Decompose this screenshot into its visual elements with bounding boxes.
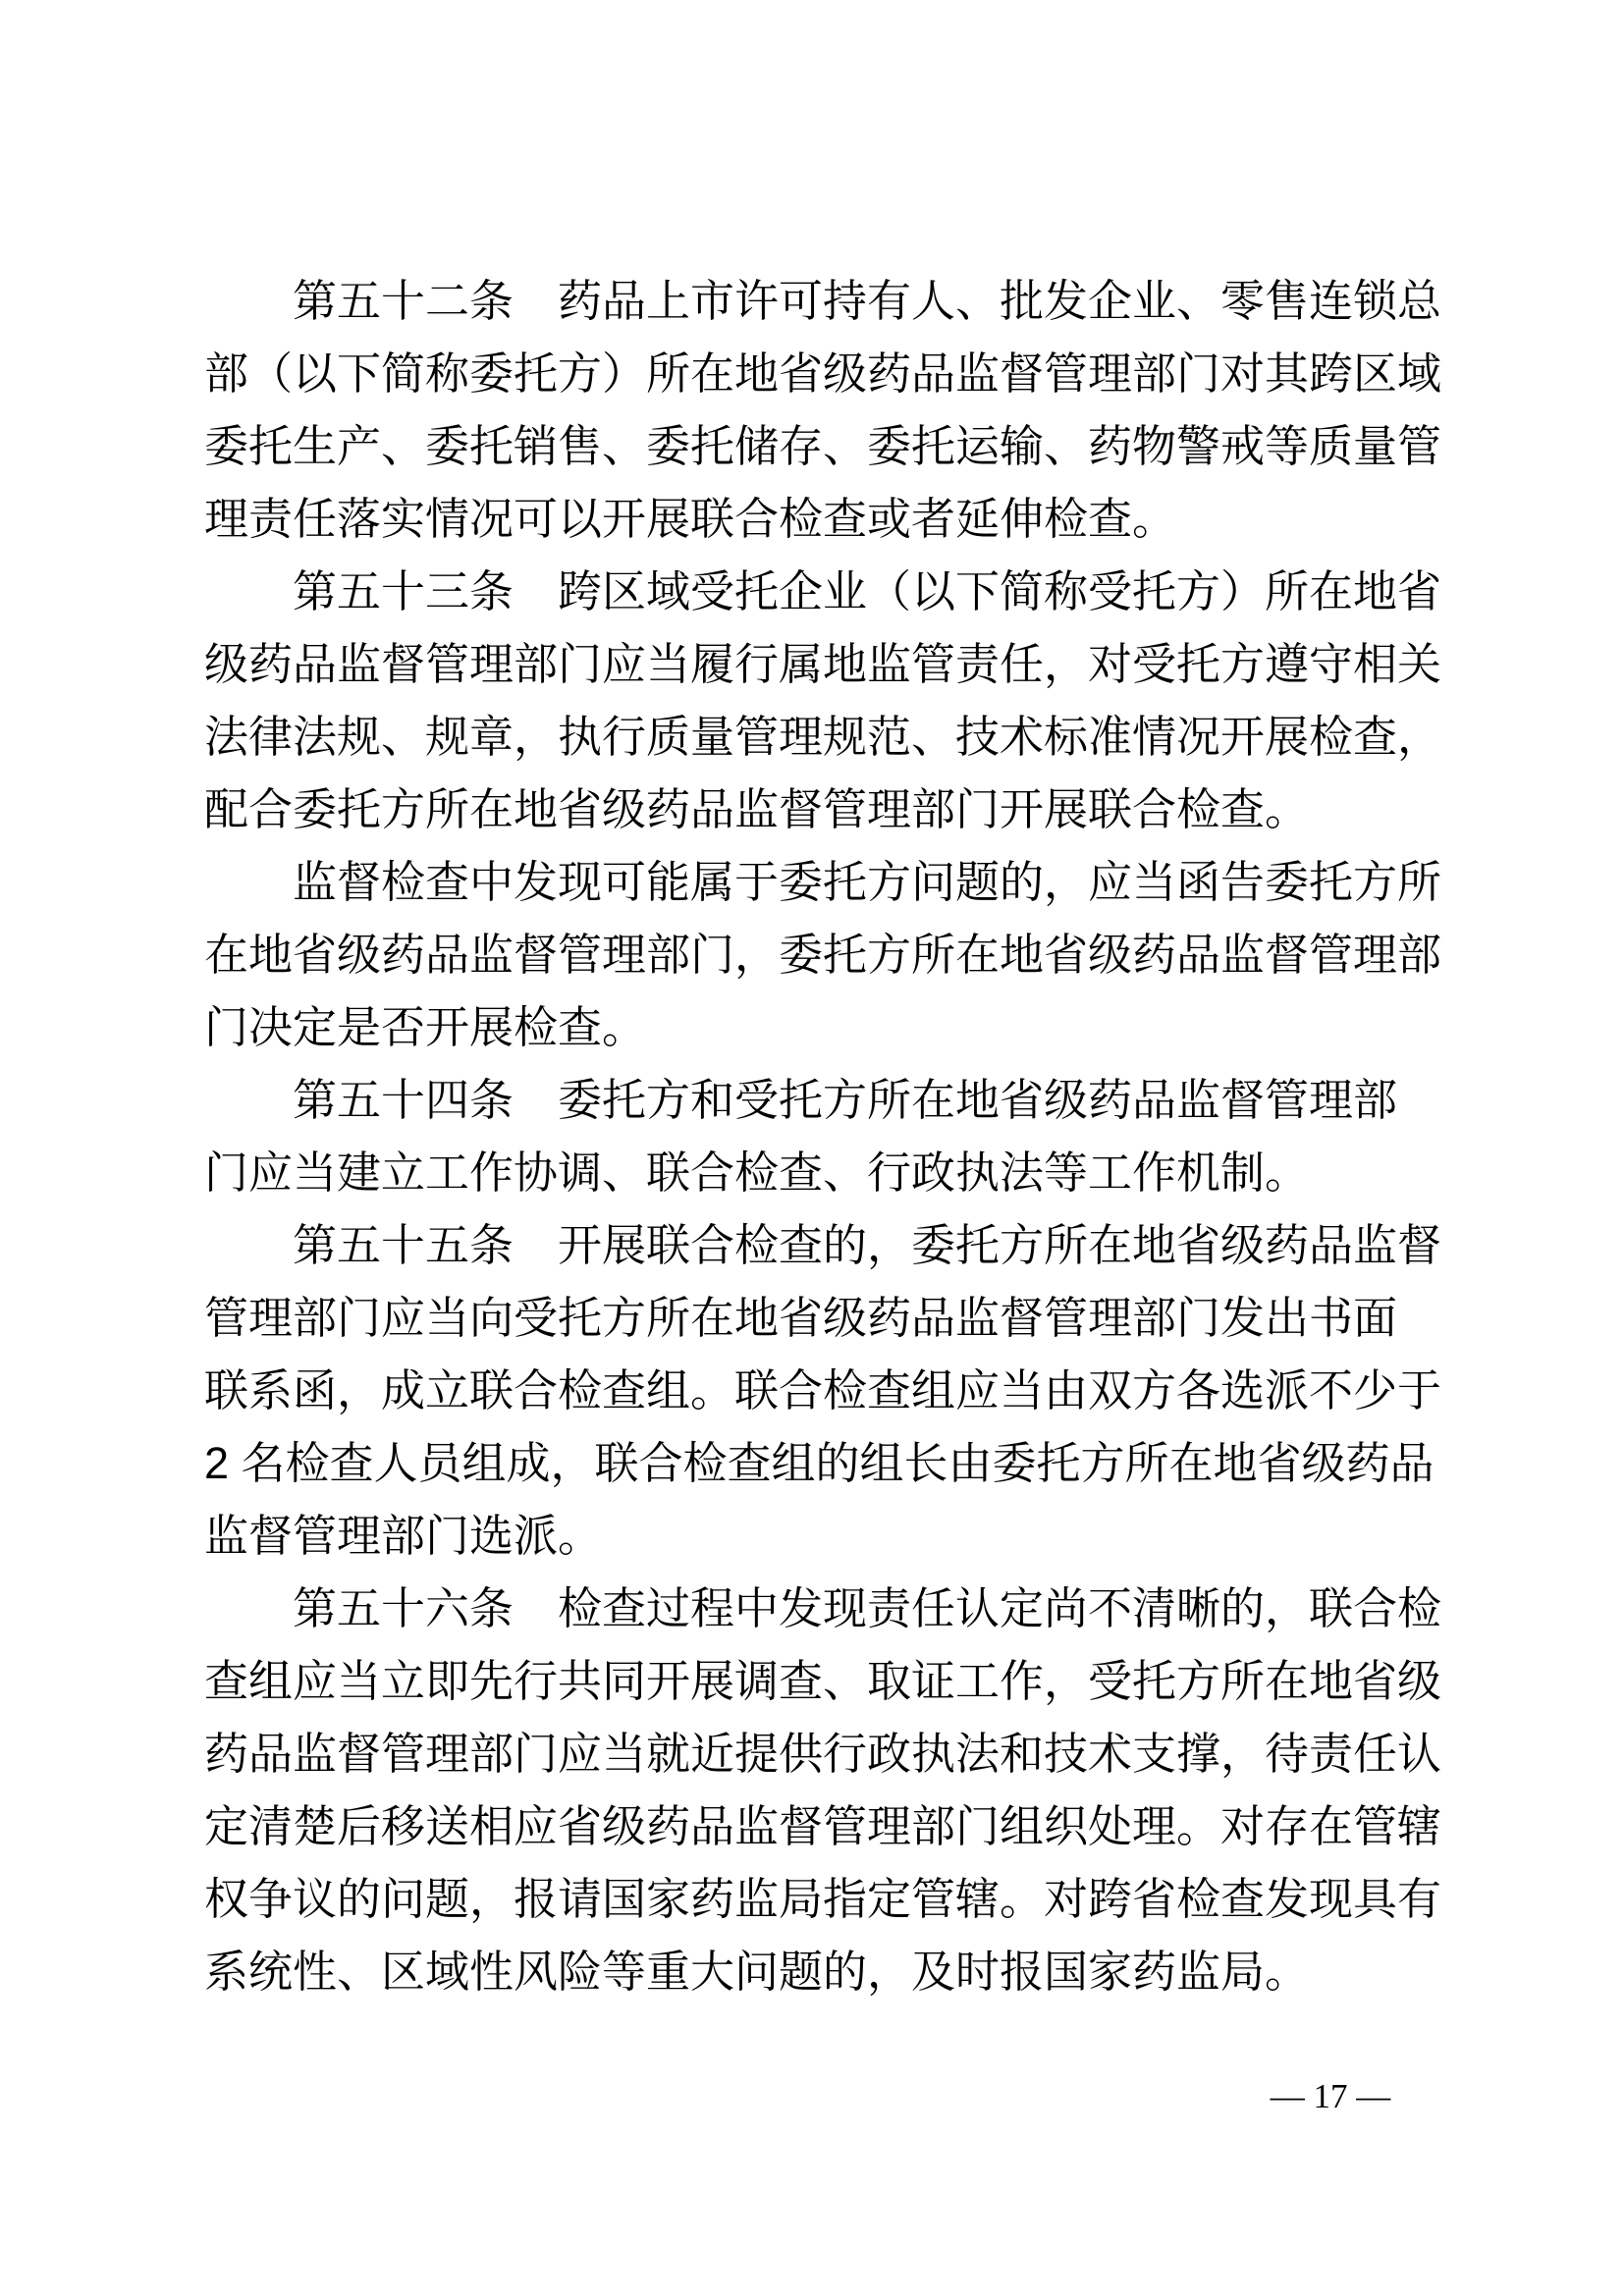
document-line: 级药品监督管理部门应当履行属地监管责任，对受托方遵守相关 — [204, 628, 1422, 701]
document-line: 部（以下简称委托方）所在地省级药品监督管理部门对其跨区域 — [204, 338, 1422, 410]
document-line: 系统性、区域性风险等重大问题的，及时报国家药监局。 — [204, 1936, 1422, 2008]
document-line: 第五十六条 检查过程中发现责任认定尚不清晰的，联合检 — [204, 1573, 1422, 1645]
document-line: 权争议的问题，报请国家药监局指定管辖。对跨省检查发现具有 — [204, 1863, 1422, 1936]
document-line: 监督检查中发现可能属于委托方问题的，应当函告委托方所 — [204, 846, 1422, 919]
document-line: 配合委托方所在地省级药品监督管理部门开展联合检查。 — [204, 774, 1422, 846]
document-line: 在地省级药品监督管理部门，委托方所在地省级药品监督管理部 — [204, 919, 1422, 991]
document-line: 法律法规、规章，执行质量管理规范、技术标准情况开展检查， — [204, 701, 1422, 774]
document-line: 第五十五条 开展联合检查的，委托方所在地省级药品监督 — [204, 1209, 1422, 1282]
document-line: 第五十二条 药品上市许可持有人、批发企业、零售连锁总 — [204, 265, 1422, 338]
document-line: 2 名检查人员组成，联合检查组的组长由委托方所在地省级药品 — [204, 1427, 1422, 1500]
document-line: 定清楚后移送相应省级药品监督管理部门组织处理。对存在管辖 — [204, 1790, 1422, 1863]
page-number: — 17 — — [1232, 2073, 1429, 2120]
document-line: 理责任落实情况可以开展联合检查或者延伸检查。 — [204, 483, 1422, 556]
document-line: 药品监督管理部门应当就近提供行政执法和技术支撑，待责任认 — [204, 1718, 1422, 1790]
document-line: 委托生产、委托销售、委托储存、委托运输、药物警戒等质量管 — [204, 410, 1422, 483]
document-line: 查组应当立即先行共同开展调查、取证工作，受托方所在地省级 — [204, 1645, 1422, 1718]
document-line: 管理部门应当向受托方所在地省级药品监督管理部门发出书面 — [204, 1282, 1422, 1355]
document-text-block: 第五十二条 药品上市许可持有人、批发企业、零售连锁总 部（以下简称委托方）所在地… — [204, 265, 1422, 2008]
document-line: 门应当建立工作协调、联合检查、行政执法等工作机制。 — [204, 1137, 1422, 1209]
document-line: 第五十四条 委托方和受托方所在地省级药品监督管理部 — [204, 1064, 1422, 1137]
document-line: 门决定是否开展检查。 — [204, 991, 1422, 1064]
document-line: 监督管理部门选派。 — [204, 1500, 1422, 1573]
document-line: 第五十三条 跨区域受托企业（以下简称受托方）所在地省 — [204, 556, 1422, 628]
document-line: 联系函，成立联合检查组。联合检查组应当由双方各选派不少于 — [204, 1355, 1422, 1427]
document-page: 第五十二条 药品上市许可持有人、批发企业、零售连锁总 部（以下简称委托方）所在地… — [0, 0, 1624, 2296]
